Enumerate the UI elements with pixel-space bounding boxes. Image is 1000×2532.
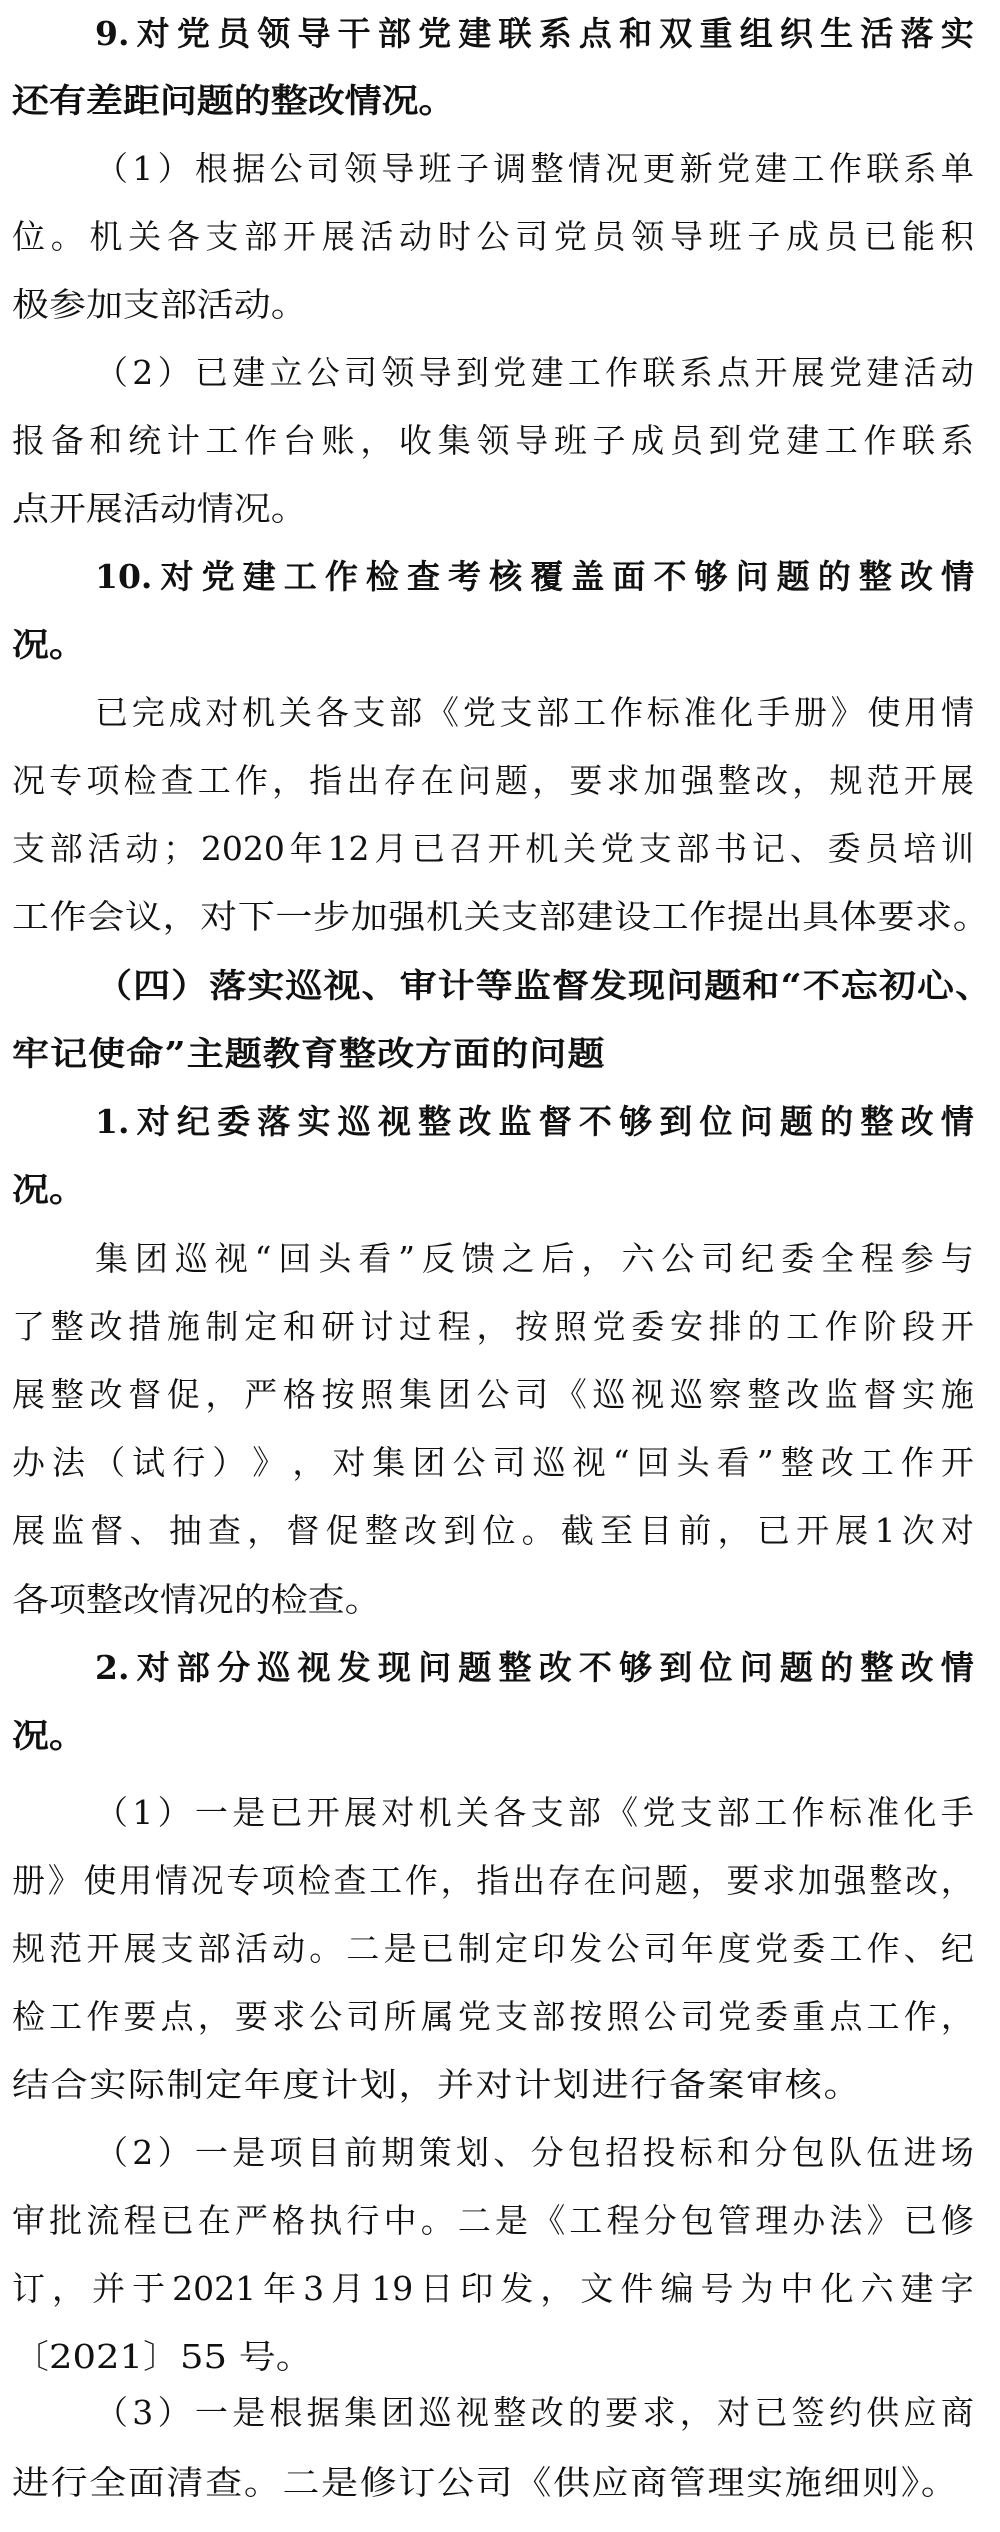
paragraph-line: （2）已建立公司领导到党建工作联系点开展党建活动 [95,339,974,407]
paragraph-line: 审批流程已在严格执行中。二是《工程分包管理办法》已修 [12,2187,974,2255]
part-heading-line-2: 牢记使命”主题教育整改方面的问题 [12,1020,974,1088]
section-heading-9-line-2: 还有差距问题的整改情况。 [12,67,974,135]
section-heading-10-line-1: 10.对党建工作检查考核覆盖面不够问题的整改情 [95,543,974,611]
paragraph-line: 展整改督促，严格按照集团公司《巡视巡察整改监督实施 [12,1361,974,1429]
paragraph-line: （3）一是根据集团巡视整改的要求，对已签约供应商 [95,2379,974,2447]
paragraph-line: （1）根据公司领导班子调整情况更新党建工作联系单 [95,135,974,203]
section-heading-2-line-1: 2.对部分巡视发现问题整改不够到位问题的整改情 [95,1634,974,1702]
section-heading-10-line-2: 况。 [12,611,974,679]
paragraph-line: 各项整改情况的检查。 [12,1566,974,1634]
part-heading-line-1: （四）落实巡视、审计等监督发现问题和“不忘初心、 [95,952,974,1020]
paragraph-line: 订，并于2021年3月19日印发，文件编号为中化六建字 [12,2255,974,2323]
paragraph-line: 况专项检查工作，指出存在问题，要求加强整改，规范开展 [12,747,974,815]
paragraph-line: 位。机关各支部开展活动时公司党员领导班子成员已能积 [12,203,974,271]
paragraph-line: 检工作要点，要求公司所属党支部按照公司党委重点工作， [12,1983,974,2051]
paragraph-line: 极参加支部活动。 [12,271,974,339]
paragraph-line: 展监督、抽查，督促整改到位。截至目前，已开展1次对 [12,1497,974,1565]
document-page: 9.对党员领导干部党建联系点和双重组织生活落实 还有差距问题的整改情况。 （1）… [0,0,1000,2532]
section-heading-1-line-2: 况。 [12,1156,974,1224]
paragraph-line: （2）一是项目前期策划、分包招投标和分包队伍进场 [95,2119,974,2187]
section-heading-2-line-2: 况。 [12,1702,974,1770]
paragraph-line: 了整改措施制定和研讨过程，按照党委安排的工作阶段开 [12,1293,974,1361]
paragraph-line: 报备和统计工作台账，收集领导班子成员到党建工作联系 [12,407,974,475]
paragraph-line: 已完成对机关各支部《党支部工作标准化手册》使用情 [95,679,974,747]
paragraph-line: 支部活动；2020年12月已召开机关党支部书记、委员培训 [12,815,974,883]
paragraph-line: 进行全面清查。二是修订公司《供应商管理实施细则》。 [12,2449,974,2517]
paragraph-line: 点开展活动情况。 [12,475,974,543]
paragraph-line: 册》使用情况专项检查工作，指出存在问题，要求加强整改， [12,1847,974,1915]
paragraph-line: 集团巡视“回头看”反馈之后，六公司纪委全程参与 [95,1225,974,1293]
section-heading-9-line-1: 9.对党员领导干部党建联系点和双重组织生活落实 [95,0,974,68]
paragraph-line: 结合实际制定年度计划，并对计划进行备案审核。 [12,2051,974,2119]
paragraph-line: 规范开展支部活动。二是已制定印发公司年度党委工作、纪 [12,1915,974,1983]
paragraph-line: 办法（试行）》，对集团公司巡视“回头看”整改工作开 [12,1429,974,1497]
section-heading-1-line-1: 1.对纪委落实巡视整改监督不够到位问题的整改情 [95,1088,974,1156]
paragraph-line: 工作会议，对下一步加强机关支部建设工作提出具体要求。 [12,883,974,951]
paragraph-line: （1）一是已开展对机关各支部《党支部工作标准化手 [95,1779,974,1847]
